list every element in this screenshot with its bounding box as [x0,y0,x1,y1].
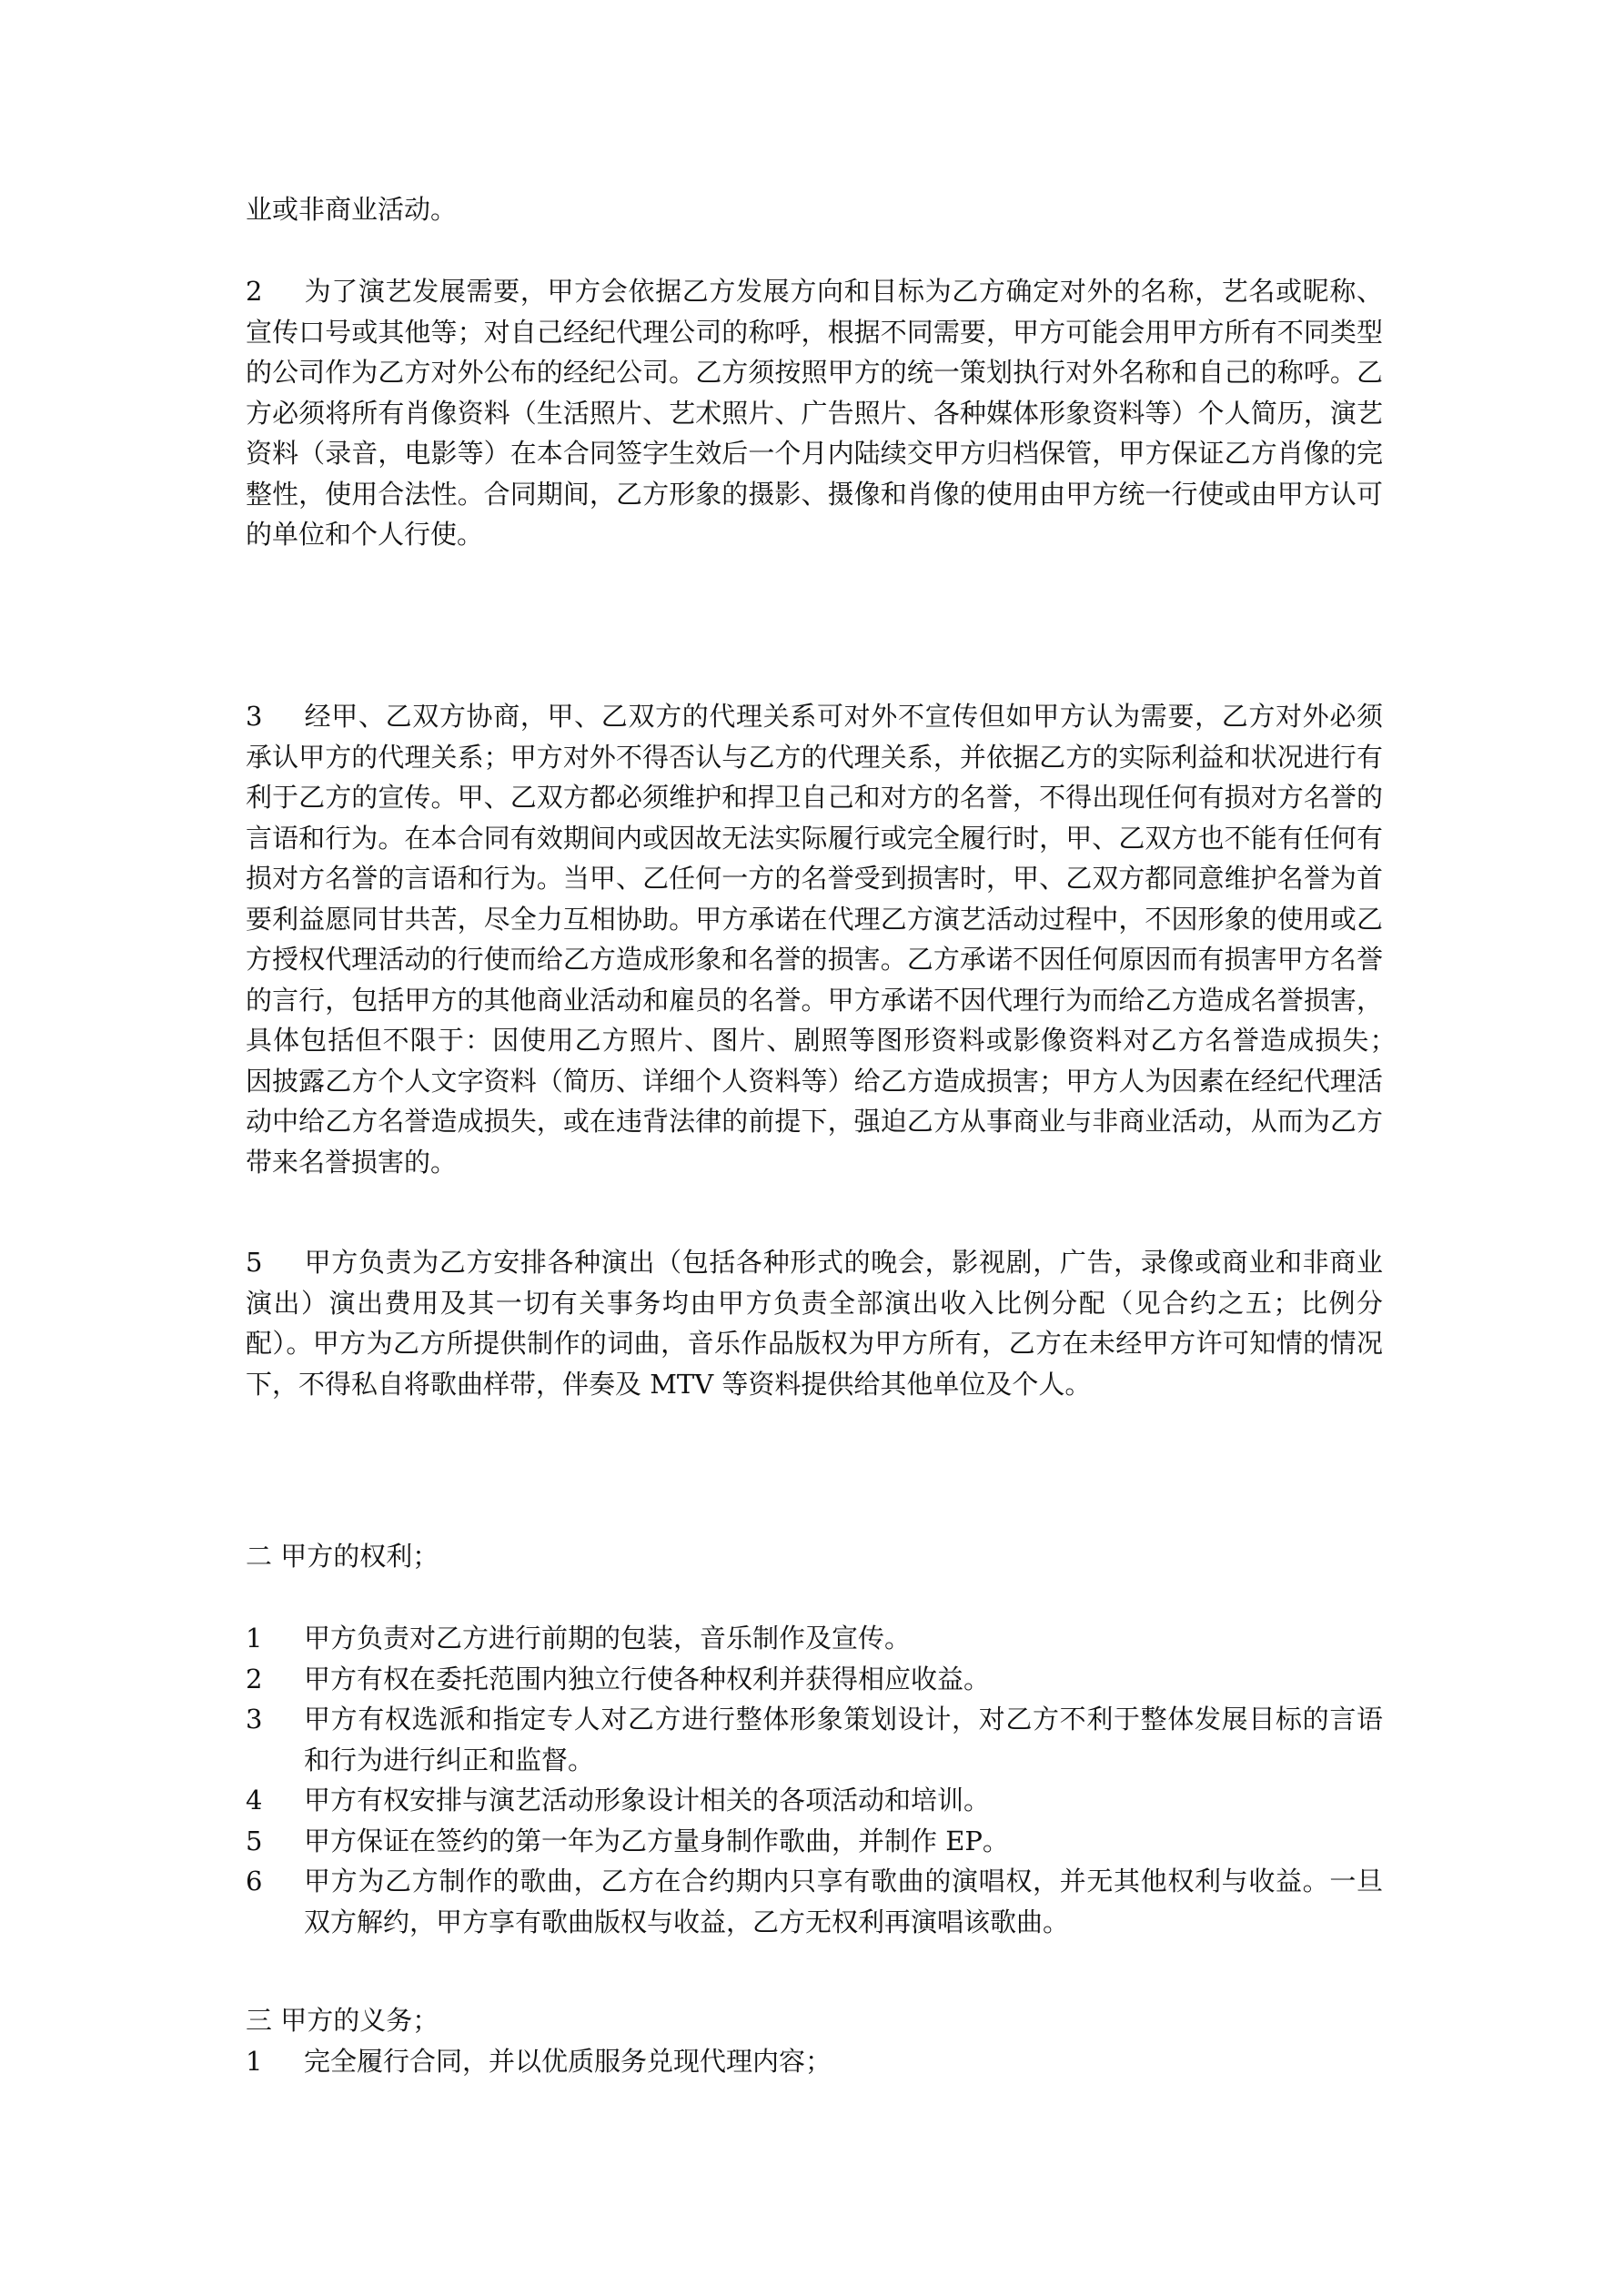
item-text: 甲方有权在委托范围内独立行使各种权利并获得相应收益。 [304,1664,990,1694]
list-item: 1甲方负责对乙方进行前期的包装，音乐制作及宣传。 [246,1618,1383,1659]
clause-5: 5甲方负责为乙方安排各种演出（包括各种形式的晚会，影视剧，广告，录像或商业和非商… [246,1242,1383,1404]
item-text: 甲方有权安排与演艺活动形象设计相关的各项活动和培训。 [304,1785,990,1816]
clause-3: 3经甲、乙双方协商，甲、乙双方的代理关系可对外不宣传但如甲方认为需要，乙方对外必… [246,696,1383,1182]
list-item: 2甲方有权在委托范围内独立行使各种权利并获得相应收益。 [246,1659,1383,1700]
list-item: 1完全履行合同，并以优质服务兑现代理内容； [246,2041,1383,2082]
item-number: 4 [246,1780,262,1821]
item-text: 完全履行合同，并以优质服务兑现代理内容； [304,2046,832,2077]
list-item: 6甲方为乙方制作的歌曲，乙方在合约期内只享有歌曲的演唱权，并无其他权利与收益。一… [246,1861,1383,1942]
list-item: 4甲方有权安排与演艺活动形象设计相关的各项活动和培训。 [246,1780,1383,1821]
clause-2: 2为了演艺发展需要，甲方会依据乙方发展方向和目标为乙方确定对外的名称，艺名或昵称… [246,271,1383,555]
item-number: 1 [246,1618,262,1659]
clause-text: 经甲、乙双方协商，甲、乙双方的代理关系可对外不宣传但如甲方认为需要，乙方对外必须… [246,701,1409,1178]
section-two-heading: 二 甲方的权利； [246,1536,1383,1577]
clause-text: 为了演艺发展需要，甲方会依据乙方发展方向和目标为乙方确定对外的名称，艺名或昵称、… [246,276,1383,550]
item-text: 甲方负责对乙方进行前期的包装，音乐制作及宣传。 [304,1623,911,1654]
item-number: 1 [246,2041,262,2082]
item-text: 甲方为乙方制作的歌曲，乙方在合约期内只享有歌曲的演唱权，并无其他权利与收益。一旦… [304,1866,1383,1937]
clause-text: 甲方负责为乙方安排各种演出（包括各种形式的晚会，影视剧，广告，录像或商业和非商业… [246,1247,1383,1400]
continuation-text: 业或非商业活动。 [246,189,1383,230]
item-text: 甲方保证在签约的第一年为乙方量身制作歌曲，并制作 EP。 [304,1826,1009,1856]
section-two-list: 1甲方负责对乙方进行前期的包装，音乐制作及宣传。 2甲方有权在委托范围内独立行使… [246,1618,1383,1942]
list-item: 3甲方有权选派和指定专人对乙方进行整体形象策划设计，对乙方不利于整体发展目标的言… [246,1699,1383,1780]
item-text: 甲方有权选派和指定专人对乙方进行整体形象策划设计，对乙方不利于整体发展目标的言语… [304,1704,1383,1775]
item-number: 6 [246,1861,262,1902]
clause-number: 5 [246,1242,304,1283]
item-number: 5 [246,1821,262,1862]
section-three-heading: 三 甲方的义务； [246,2000,1383,2041]
clause-number: 3 [246,696,304,737]
section-three-list: 1完全履行合同，并以优质服务兑现代理内容； [246,2041,1383,2082]
item-number: 2 [246,1659,262,1700]
item-number: 3 [246,1699,262,1740]
clause-number: 2 [246,271,304,312]
list-item: 5甲方保证在签约的第一年为乙方量身制作歌曲，并制作 EP。 [246,1821,1383,1862]
